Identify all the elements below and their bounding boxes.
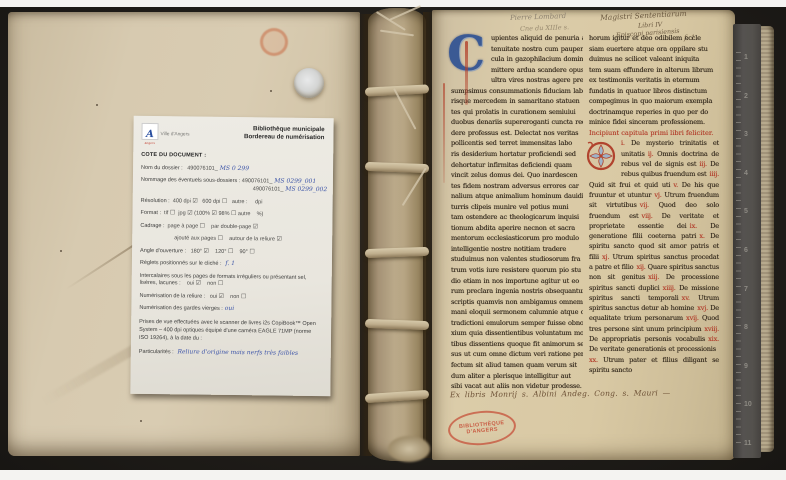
form-segment: Angle d'ouverture : (140, 247, 186, 254)
speck (140, 420, 142, 422)
capitulum-number: xv. (682, 294, 698, 302)
manuscript-line: tes qui prolatis in curationem semiuiui (451, 107, 583, 118)
form-segment: COTE DU DOCUMENT : (141, 152, 206, 159)
form-line: lisères, lacunes : oui ☑ non ☐ (140, 280, 325, 288)
manuscript-line: dio etiam in nos importune agitur ut eo (451, 276, 583, 287)
manuscript-line: fundatis in quatuor libros distinctum (589, 86, 719, 97)
logo-city: angers (142, 142, 157, 145)
capitula-list: i. De mysterio trinitatis et unitatis ij… (589, 138, 719, 375)
form-header: A angers Ville d'Angers Bibliothèque mun… (141, 123, 326, 149)
library-stamp: BIBLIOTHÈQUE D'ANGERS (447, 408, 518, 448)
speck (96, 104, 98, 106)
form-segment: oui (181, 281, 196, 287)
form-segment: Numérisation de la reliure : (139, 293, 205, 300)
manuscript-line: sumpsimus consummationis fiduciam labo (451, 86, 583, 97)
form-segment: Particularités : (139, 349, 174, 355)
capitulum-number: xiiij. (663, 284, 679, 292)
capitulum-number: v. (673, 181, 681, 189)
manuscript-line: tes fidem nostram adversus errores car (451, 181, 583, 192)
manuscript-line: vincit zelus domus dei. Quo inardescen (451, 170, 583, 181)
form-segment: oui (205, 293, 219, 299)
decorated-initial-roundel (585, 139, 617, 173)
manuscript-line: horum igitur et deo odibilem eccle (589, 33, 719, 44)
capitulum-number: xviij. (704, 325, 719, 333)
form-segment: ajouté aux pages (174, 235, 218, 242)
form-segment: jpg (175, 210, 187, 216)
form-segment: MS 0299_002 (283, 186, 327, 194)
form-line: 490076101_ MS 0299_002 (253, 186, 326, 193)
logo-initial: A (146, 129, 154, 140)
capitulum-number: xix. (708, 335, 719, 343)
capitulum-number: xiij. (648, 273, 666, 281)
manuscript-line: fectum sit aliud tamen quam verum sit (451, 360, 583, 371)
pencil-annotation-author: Pierre Lombard (510, 12, 566, 22)
wax-spot (294, 68, 324, 98)
manuscript-line: rum preclara ingenia nostris obsequantur (451, 286, 583, 297)
capitulum-number: vij. (640, 201, 659, 209)
manuscript-line: dum aliter a plerisque intelligitur aut (451, 371, 583, 382)
measuring-ruler: 1234567891011 (733, 24, 761, 458)
manuscript-line: mittere ardua scandere opus (491, 65, 583, 76)
manuscript-line: mani eloquii sermonem calumnie atque con (451, 307, 583, 318)
form-segment: non (224, 294, 241, 300)
capitulum-title: De appropriatis personis vocabulis (589, 335, 708, 343)
form-segment: autour de la reliure (223, 236, 277, 243)
manuscript-line: tibus dissentiens quoque fit animorum se… (451, 339, 583, 350)
form-segment: 120° (209, 248, 228, 254)
red-stain (260, 28, 288, 56)
stamp-line2: D'ANGERS (466, 427, 498, 436)
digitization-form: A angers Ville d'Angers Bibliothèque mun… (130, 116, 333, 396)
marginal-flourish (443, 83, 445, 183)
ex-libris-inscription: Ex libris Monrij s. Albini Andeg. Cong. … (450, 388, 735, 399)
form-segment: Reliure d'origine mais nerfs très faible… (174, 348, 299, 357)
capitulum-number: iiij. (710, 170, 719, 178)
capitulum-title: De veritate generationis et processionis (589, 345, 719, 353)
form-segment: System – 400 dpi optiques équipé d'une c… (139, 327, 311, 335)
capitulum-number: xvj. (697, 304, 710, 312)
manuscript-line: tam ostendere ac theologicarum inquisi (451, 212, 583, 223)
form-segment: ☐ (241, 294, 246, 300)
form-segment: ☐ (249, 249, 254, 255)
form-segment: 600 dpi (198, 198, 222, 204)
manuscript-line: scriptis quamvis non ambigamus omnem hu (451, 297, 583, 308)
form-segment: Cadrage : (140, 222, 164, 228)
capitulum-number: vj. (654, 191, 664, 199)
form-segment: non (201, 281, 218, 287)
capitulum-number: xij. (636, 263, 647, 271)
form-segment: 180° (186, 248, 204, 254)
form-segment: 490076101_ (240, 178, 272, 184)
manuscript-line: minice fidei sinceram professionem. (589, 117, 719, 128)
pencil-annotation-date: Cne du XIIIe s. (520, 23, 569, 33)
column-1-text: upientes aliquid de penuria actenuitate … (451, 33, 583, 392)
form-segment: Format : (140, 210, 161, 216)
book-fore-edge (761, 26, 774, 452)
ink-annotation-title: Magistri Sententiarum (600, 9, 687, 23)
form-segment: Nom du dossier : (141, 164, 183, 171)
capitula-entries: i. De mysterio trinitatis et unitatis ij… (589, 139, 719, 374)
angers-logo-icon: A angers (141, 123, 158, 140)
manuscript-line: compegimus in quo maiorum exempla (589, 96, 719, 107)
capitulum-number: i. (621, 139, 631, 147)
manuscript-line: xium quia dissentientibus voluntatum mo (451, 328, 583, 339)
form-line: Angle d'ouverture : 180° ☑ 120° ☐ 90° ☐ (140, 247, 325, 255)
initial-flourish (465, 41, 468, 105)
column-2-intro-text: horum igitur et deo odibilem ecclesiam e… (589, 33, 719, 128)
manuscript-line: duobus denariis supereroganti cuncta red (451, 117, 583, 128)
form-segment: lisères, lacunes : (140, 280, 181, 287)
form-body: COTE DU DOCUMENT :Nom du dossier : 49007… (139, 152, 326, 357)
manuscript-line: tem suam effundere in alterum librum (589, 65, 719, 76)
form-segment: 98% (217, 211, 231, 217)
digitized-manuscript-photo: A angers Ville d'Angers Bibliothèque mun… (0, 0, 786, 480)
manuscript-line: tionum abdita aperire necnon et sacra (451, 223, 583, 234)
form-segment: 490076101_ (253, 186, 284, 192)
form-line: Nom du dossier : 490076101_ MS 0 299 (141, 164, 326, 172)
rubric-line: Incipiunt capitula primi libri feliciter… (589, 128, 719, 139)
form-segment: par double-page (205, 223, 253, 230)
form-segment: f. 1 (221, 260, 235, 267)
manuscript-line: risque mercedem in samaritano statuen (451, 96, 583, 107)
frayed-tuft (388, 436, 430, 462)
manuscript-line: pollicentis sed terret immensitas labo (451, 138, 583, 149)
bottom-border (0, 470, 786, 480)
ruler-ticks (736, 52, 741, 448)
form-segment: 400 dpi (170, 198, 193, 204)
manuscript-line: intelligentie nostre notitiam tradere (451, 244, 583, 255)
form-segment: 90° (233, 249, 249, 255)
form-segment: autre %) (236, 211, 263, 217)
form-segment: 490076101_ (183, 165, 218, 171)
manuscript-line: dehortatur infirmitas deficiendi quam (451, 160, 583, 171)
form-segment: autre : dpi (227, 198, 262, 204)
capitulum-title: Utrum pater et filius diligant se spirit… (589, 356, 719, 374)
manuscript-line: turris clipeis munire vel potius muni (451, 202, 583, 213)
manuscript-page: Pierre Lombard Cne du XIIIe s. Magistri … (432, 10, 735, 460)
manuscript-line: nalium atque animalium hominum dauidice (451, 191, 583, 202)
manuscript-line: trum votis iure resistere quorum pio stu (451, 265, 583, 276)
form-segment: ISO 19264), à la date du : (139, 335, 202, 342)
capitulum-number: xx. (589, 356, 603, 364)
manuscript-column-2: horum igitur et deo odibilem ecclesiam e… (589, 33, 719, 375)
logo-caption: Ville d'Angers (160, 132, 189, 137)
capitulum-number: viij. (642, 212, 662, 220)
speck (60, 250, 62, 252)
form-line: Prises de vue effectuées avec le scanner… (139, 319, 324, 327)
form-line: Cadrage : page à page ☐ par double-page … (140, 222, 325, 230)
manuscript-line: doctrinamque reperies in quo per do (589, 107, 719, 118)
form-segment: MS 0 299 (218, 164, 249, 171)
form-segment: Nommage des éventuels sous-dossiers : (141, 177, 240, 184)
form-segment: Prises de vue effectuées avec le scanner… (139, 319, 316, 327)
capitulum-number: x. (699, 232, 710, 240)
form-title: Bibliothèque municipale Bordereau de num… (244, 125, 325, 142)
manuscript-line: upientes aliquid de penuria ac (491, 33, 583, 44)
form-segment: MS 0299_001 (272, 177, 316, 185)
manuscript-line: siam euertere atque ora oppilare stu (589, 44, 719, 55)
form-segment: Réglets positionnés sur le cliché : (140, 260, 222, 267)
capitulum-title: Quid sit frui et quid uti (589, 181, 673, 189)
manuscript-line: mentorum ecclesiasticorum pro modulo (451, 233, 583, 244)
form-line: COTE DU DOCUMENT : (141, 152, 326, 160)
form-line: Format : tif ☐ jpg ☑ (100% ☑ 98% ☐ autre… (140, 210, 325, 218)
form-line: ISO 19264), à la date du : (139, 335, 324, 343)
form-segment: Résolution : (141, 197, 170, 203)
form-line: Réglets positionnés sur le cliché : f. 1 (140, 260, 325, 268)
form-line: Numérisation des gardes vierges : oui (139, 305, 324, 313)
form-segment: Numérisation des gardes vierges : (139, 305, 223, 312)
form-segment: page à page (164, 223, 199, 229)
form-segment: ☑ (253, 224, 258, 230)
form-segment: ☑ (277, 237, 282, 243)
form-line: Numérisation de la reliure : oui ☑ non ☐ (139, 293, 324, 301)
capitulum-number: xj. (602, 253, 613, 261)
form-line: System – 400 dpi optiques équipé d'une c… (139, 327, 324, 335)
manuscript-line: tradictioni emulorum semper fuisse obno (451, 318, 583, 329)
capitulum-number: xvij. (686, 314, 702, 322)
form-segment: oui (223, 305, 234, 312)
manuscript-line: dere professus est. Delectat nos veritas (451, 128, 583, 139)
manuscript-line: studuimus non valentes studiosorum fra (451, 254, 583, 265)
top-border (0, 0, 786, 7)
manuscript-line: ex testimoniis veritatis in eternum (589, 75, 719, 86)
capitulum-number: ix. (690, 222, 711, 230)
manuscript-column-1: C upientes aliquid de penuria actenuitat… (451, 33, 583, 392)
form-segment: (100% (193, 211, 212, 217)
speck (270, 90, 272, 92)
capitulum-number: ij. (648, 150, 657, 158)
capitulum-number: iij. (699, 160, 710, 168)
manuscript-line: duimus ne scilicet valeant iniquita (589, 54, 719, 65)
form-line: ajouté aux pages ☐ autour de la reliure … (174, 235, 325, 243)
form-line: Particularités : Reliure d'origine mais … (139, 349, 324, 357)
manuscript-line: ris desiderium hortatur proficiendi sed (451, 149, 583, 160)
manuscript-line: sus ut cum omne dictum veri ratione per (451, 349, 583, 360)
manuscript-line: ultra vires nostras agere pre (491, 75, 583, 86)
manuscript-line: tenuitate nostra cum pauper (491, 44, 583, 55)
form-line: Résolution : 400 dpi ☑ 600 dpi ☐ autre :… (141, 197, 326, 205)
form-segment: ☐ (218, 281, 223, 287)
form-title-line2: Bordereau de numérisation (244, 133, 325, 142)
manuscript-line: cula in gazophilacium domini (491, 54, 583, 65)
form-line: Nommage des éventuels sous-dossiers : 49… (141, 177, 326, 185)
